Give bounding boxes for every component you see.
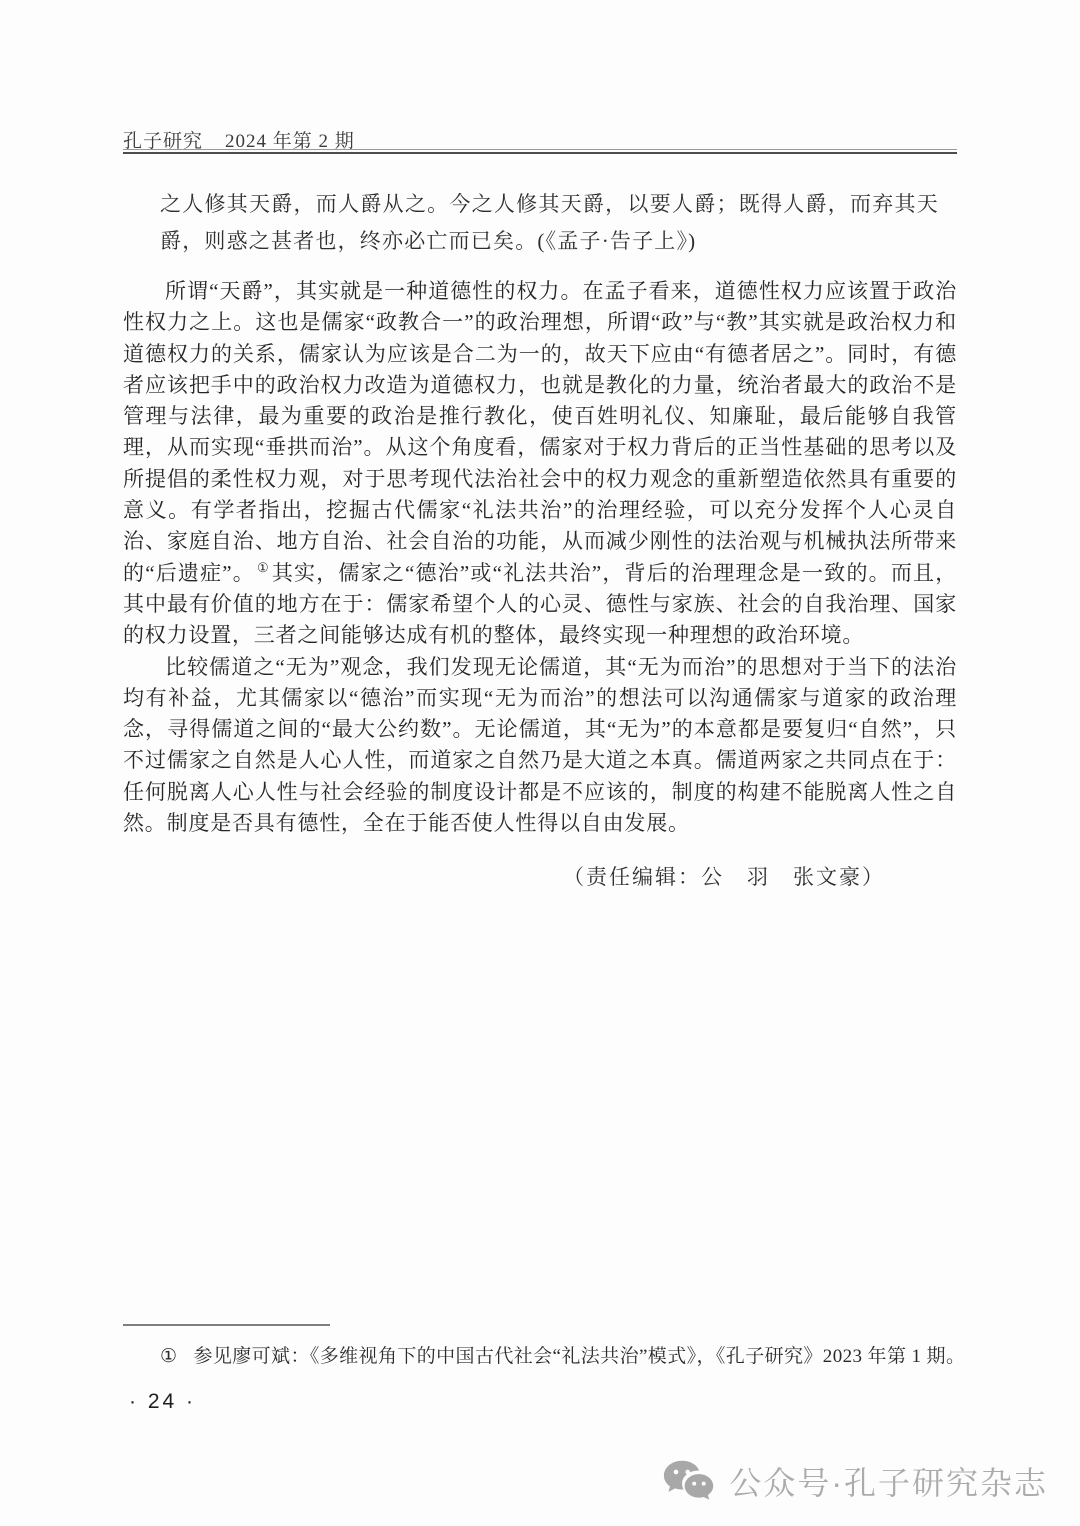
header-rule: [123, 149, 957, 154]
footnote-divider: [123, 1324, 330, 1326]
footnote-marker: ①: [160, 1346, 177, 1367]
paragraph-1-text: 所谓“天爵”，其实就是一种道德性的权力。在孟子看来，道德性权力应该置于政治性权力…: [123, 279, 957, 585]
block-quote: 之人修其天爵，而人爵从之。今之人修其天爵，以要人爵；既得人爵，而弃其天爵，则惑之…: [160, 186, 939, 260]
paragraph-1: 所谓“天爵”，其实就是一种道德性的权力。在孟子看来，道德性权力应该置于政治性权力…: [123, 276, 957, 652]
article-body: 之人修其天爵，而人爵从之。今之人修其天爵，以要人爵；既得人爵，而弃其天爵，则惑之…: [123, 180, 957, 891]
footnote: ①参见廖可斌：《多维视角下的中国古代社会“礼法共治”模式》，《孔子研究》2023…: [123, 1343, 1000, 1371]
watermark: 公众号·孔子研究杂志: [663, 1458, 1048, 1504]
watermark-text: 公众号·孔子研究杂志: [729, 1458, 1048, 1504]
wechat-icon: [663, 1459, 715, 1504]
footnote-text: 参见廖可斌：《多维视角下的中国古代社会“礼法共治”模式》，《孔子研究》2023 …: [193, 1346, 965, 1367]
page-number: · 24 ·: [129, 1390, 196, 1414]
editor-credit: （责任编辑：公 羽 张文豪）: [123, 861, 885, 891]
journal-page-scan: 孔子研究2024 年第 2 期 之人修其天爵，而人爵从之。今之人修其天爵，以要人…: [0, 0, 1080, 1526]
paragraph-2: 比较儒道之“无为”观念，我们发现无论儒道，其“无为而治”的思想对于当下的法治均有…: [123, 652, 957, 840]
footnote-reference: ①: [257, 560, 270, 575]
